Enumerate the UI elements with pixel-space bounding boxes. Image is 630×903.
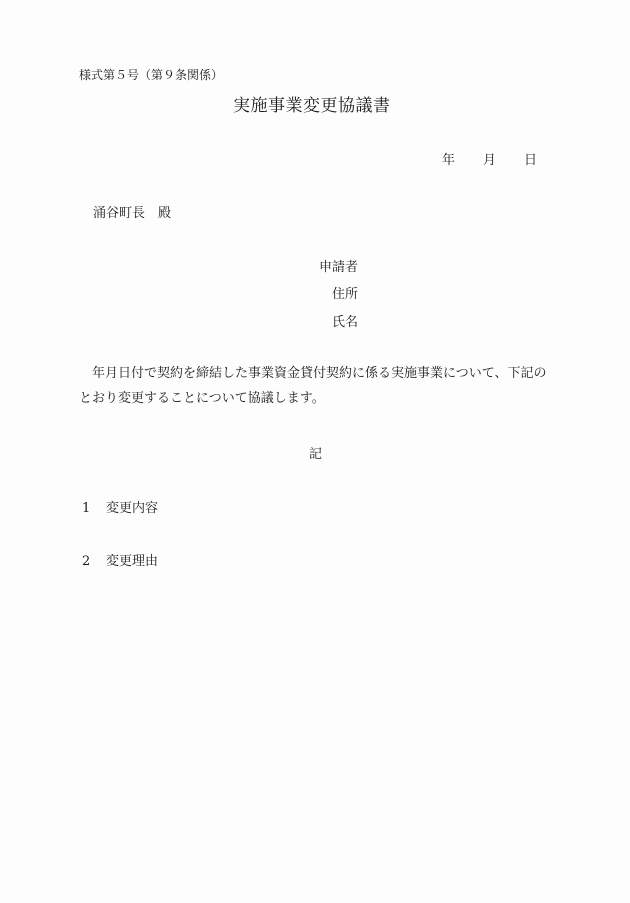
date-month: 月 bbox=[483, 149, 496, 168]
item-change-reason: 2変更理由 bbox=[82, 550, 158, 569]
body-paragraph: 年月日付で契約を締結した事業資金貸付契約に係る実施事業について、下記のとおり変更… bbox=[79, 361, 554, 411]
item-number: 1 bbox=[82, 501, 106, 516]
form-number: 様式第５号（第９条関係） bbox=[79, 66, 223, 83]
applicant-name-label: 氏名 bbox=[332, 311, 358, 330]
document-title-text: 実施事業変更協議書 bbox=[233, 96, 391, 116]
applicant-label: 申請者 bbox=[319, 256, 358, 275]
document-title: 実施事業変更協議書 bbox=[233, 91, 391, 116]
item-change-content: 1変更内容 bbox=[82, 497, 158, 516]
item-label: 変更理由 bbox=[106, 554, 158, 569]
applicant-address-label: 住所 bbox=[332, 283, 358, 302]
ki-heading: 記 bbox=[309, 443, 322, 462]
item-label: 変更内容 bbox=[106, 501, 158, 516]
addressee: 涌谷町長 殿 bbox=[93, 202, 171, 221]
date-year: 年 bbox=[442, 149, 455, 168]
item-number: 2 bbox=[82, 554, 106, 569]
date-day: 日 bbox=[524, 149, 537, 168]
